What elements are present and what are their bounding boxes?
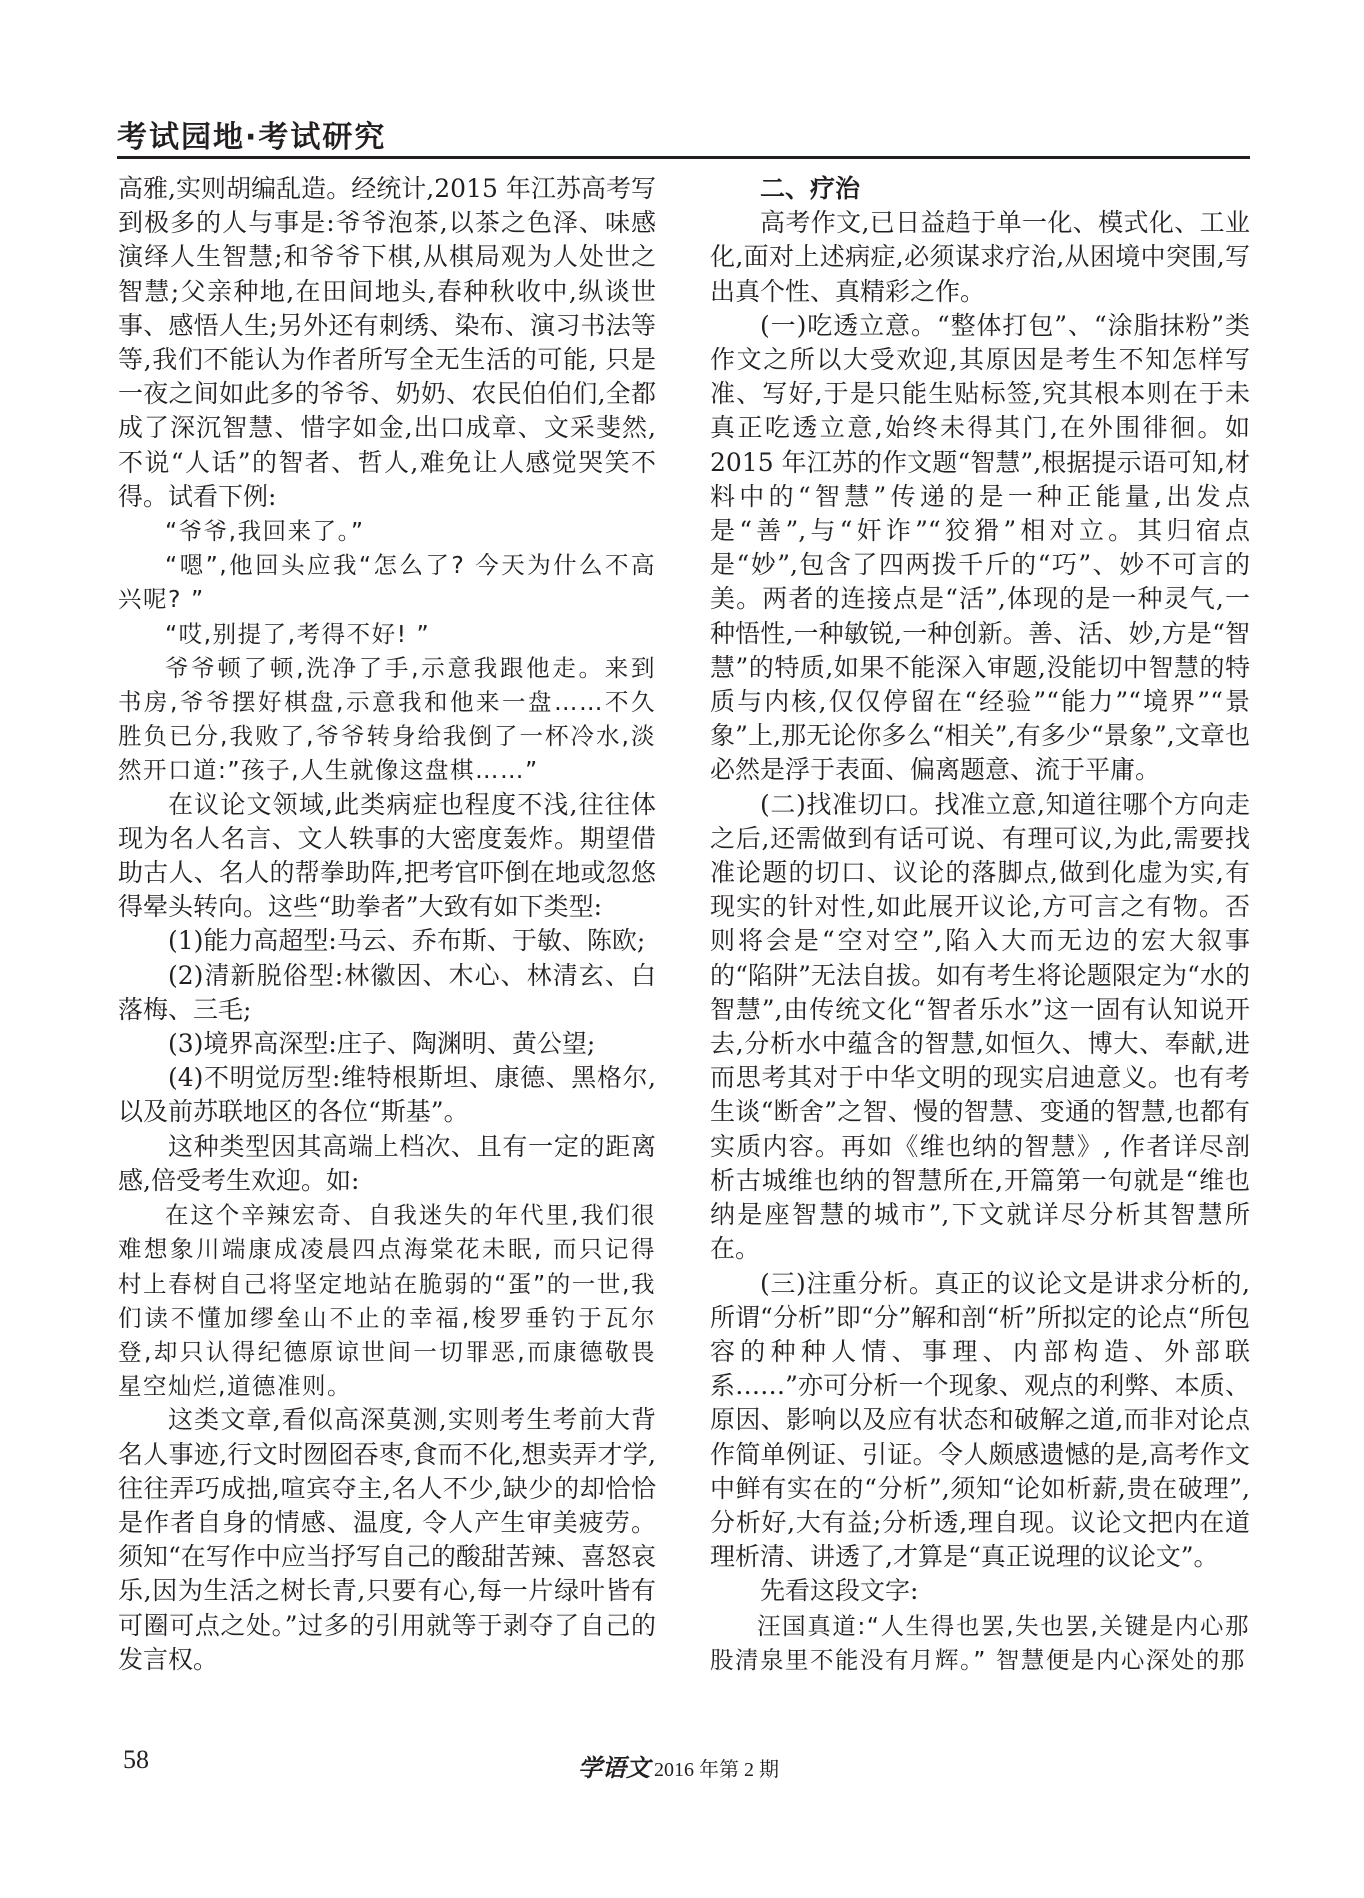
list-item: (3)境界高深型:庄子、陶渊明、黄公望; — [118, 1027, 656, 1061]
section-heading: 二、疗治 — [710, 172, 1250, 206]
quoted-example: 在这个辛辣宏奇、自我迷失的年代里,我们很难想象川端康成凌晨四点海棠花未眠, 而只… — [118, 1198, 656, 1403]
paragraph: 先看这段文字: — [710, 1574, 1250, 1608]
quoted-example: 汪国真道:“人生得也罢,失也罢,关键是内心那股清泉里不能没有月辉。” 智慧便是内… — [710, 1609, 1250, 1677]
paragraph: (二)找准切口。找准立意,知道往哪个方向走之后,还需做到有话可说、有理可议,为此… — [710, 788, 1250, 1267]
paragraph: (一)吃透立意。“整体打包”、“涂脂抹粉”类作文之所以大受欢迎,其原因是考生不知… — [710, 309, 1250, 788]
quoted-story-paragraph: 爷爷顿了顿,洗净了手,示意我跟他走。来到书房,爷爷摆好棋盘,示意我和他来一盘……… — [118, 651, 656, 788]
paragraph: 高考作文,已日益趋于单一化、模式化、工业化,面对上述病症,必须谋求疗治,从困境中… — [710, 206, 1250, 309]
list-item: (1)能力高超型:马云、乔布斯、于敏、陈欧; — [118, 924, 656, 958]
page-number: 58 — [123, 1745, 149, 1775]
list-item: (4)不明觉厉型:维特根斯坦、康德、黑格尔,以及前苏联地区的各位“斯基”。 — [118, 1061, 656, 1129]
quoted-story-line: “爷爷,我回来了。” — [118, 514, 656, 548]
journal-name: 学语文 — [578, 1753, 650, 1782]
quoted-story-line: “哎,别提了,考得不好! ” — [118, 617, 656, 651]
header-rule — [117, 156, 1250, 159]
section-header: 考试园地·考试研究 — [117, 112, 386, 156]
journal-footer: 学语文2016 年第 2 期 — [578, 1748, 779, 1783]
right-column: 二、疗治 高考作文,已日益趋于单一化、模式化、工业化,面对上述病症,必须谋求疗治… — [710, 172, 1250, 1677]
list-item: (2)清新脱俗型:林徽因、木心、林清玄、白落梅、三毛; — [118, 959, 656, 1027]
paragraph: 这类文章,看似高深莫测,实则考生考前大背名人事迹,行文时囫囵吞枣,食而不化,想卖… — [118, 1403, 656, 1677]
journal-issue: 2016 年第 2 期 — [654, 1759, 779, 1781]
paragraph: 在议论文领域,此类病症也程度不浅,往往体现为名人名言、文人轶事的大密度轰炸。期望… — [118, 788, 656, 925]
left-column: 高雅,实则胡编乱造。经统计,2015 年江苏高考写到极多的人与事是:爷爷泡茶,以… — [118, 172, 656, 1677]
quoted-story-line: “嗯”,他回头应我“怎么了? 今天为什么不高兴呢? ” — [118, 548, 656, 616]
paragraph: 这种类型因其高端上档次、且有一定的距离感,倍受考生欢迎。如: — [118, 1130, 656, 1198]
paragraph: (三)注重分析。真正的议论文是讲求分析的,所谓“分析”即“分”解和剖“析”所拟定… — [710, 1267, 1250, 1575]
paragraph: 高雅,实则胡编乱造。经统计,2015 年江苏高考写到极多的人与事是:爷爷泡茶,以… — [118, 172, 656, 514]
